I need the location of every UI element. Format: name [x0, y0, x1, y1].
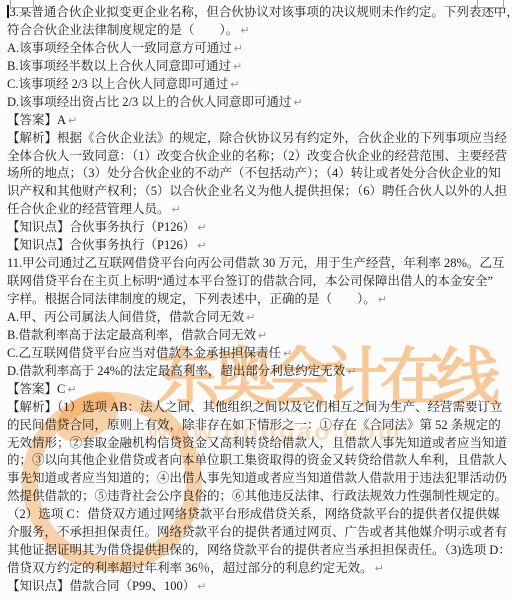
text-cursor [7, 5, 9, 18]
line-q3-analysis[interactable]: 识产权和其他财产权利；（5）以合伙企业名义为他人提供担保；（6）聘任合伙人以外的… [7, 182, 510, 200]
line-q11-knowledge-point[interactable]: 【知识点】借款合同（P99、100）↵ [7, 577, 510, 595]
line-text: 全体合伙人一致同意：（1）改变合伙企业的名称；（2）改变合伙企业的经营范围、主要… [7, 149, 507, 163]
line-q3-option-b[interactable]: B.该事项经半数以上合伙人同意即可通过↵ [7, 57, 510, 75]
line-q11-stem[interactable]: 11.甲公司通过乙互联网借贷平台向丙公司借款 30 万元，用于生产经营，年利率 … [7, 254, 510, 272]
line-q11-analysis[interactable]: 的民间借贷合同，原则上有效，除非存在如下情形之一：①存在《合同法》第 52 条规… [7, 416, 510, 434]
line-q11-option-b[interactable]: B.借款利率高于法定最高利率，借款合同无效↵ [7, 326, 510, 344]
paragraph-mark-icon: ↵ [378, 293, 387, 306]
line-text: 任合伙企业的经营管理人员。 [7, 202, 170, 216]
line-text: 识产权和其他财产权利；（5）以合伙企业名义为他人提供担保；（6）聘任合伙人以外的… [7, 184, 507, 198]
line-q3-option-a[interactable]: A.该事项经全体合伙人一致同意方可通过↵ [7, 39, 510, 57]
line-text: 然提供借款的；⑤违背社会公序良俗的；⑥其他违反法律、行政法规效力性强制性规定的。 [7, 489, 507, 503]
paragraph-mark-icon: ↵ [258, 329, 267, 342]
line-text: 【答案】A [7, 113, 66, 127]
line-q3-knowledge-point[interactable]: 【知识点】合伙事务执行（P126）↵ [7, 218, 510, 236]
paragraph-mark-icon: ↵ [509, 490, 510, 503]
line-text: A.甲、丙公司属法人间借贷，借款合同无效 [7, 310, 244, 324]
line-q11-analysis[interactable]: 其他证据证明其为借贷提供担保的，网络贷款平台的提供者应当承担担保责任。（3)选项… [7, 541, 510, 559]
line-q3-analysis[interactable]: 任合伙企业的经营管理人员。↵ [7, 200, 510, 218]
paragraph-mark-icon: ↵ [347, 365, 356, 378]
paragraph-mark-icon: ↵ [234, 42, 243, 55]
line-text: 【知识点】合伙事务执行（P126） [7, 220, 195, 234]
line-q11-analysis[interactable]: 借贷双方约定的利率超过年利率 36％，超过部分的利息约定无效。↵ [7, 559, 510, 577]
line-text: A.该事项经全体合伙人一致同意方可通过 [7, 41, 232, 55]
line-text: C.乙互联网借贷平台应当对借款本金承担担保责任 [7, 346, 281, 360]
paragraph-mark-icon: ↵ [197, 239, 206, 252]
line-text: 无效情形；②套取金融机构信贷资金又高利转贷给借款人，且借款人事先知道或者应当知道 [7, 436, 507, 450]
paragraph-mark-icon: ↵ [283, 347, 292, 360]
document-body[interactable]: 3.某普通合伙企业拟变更企业名称，但合伙协议对该事项的决议规则未作约定。下列表述… [0, 0, 512, 595]
line-text: B.该事项经半数以上合伙人同意即可通过 [7, 59, 231, 73]
line-q11-option-a[interactable]: A.甲、丙公司属法人间借贷，借款合同无效↵ [7, 308, 510, 326]
line-text: 联网借贷平台在主页上标明“通过本平台签订的借款合同，本公司保障出借人的本金安全” [7, 274, 493, 288]
line-q11-analysis[interactable]: 无效情形；②套取金融机构信贷资金又高利转贷给借款人，且借款人事先知道或者应当知道 [7, 434, 510, 452]
line-text: 11.甲公司通过乙互联网借贷平台向丙公司借款 30 万元，用于生产经营，年利率 … [7, 256, 504, 270]
line-q11-stem[interactable]: 联网借贷平台在主页上标明“通过本平台签订的借款合同，本公司保障出借人的本金安全” [7, 272, 510, 290]
line-q11-analysis[interactable]: 然提供借款的；⑤违背社会公序良俗的；⑥其他违反法律、行政法规效力性强制性规定的。… [7, 487, 510, 505]
line-q3-knowledge-point[interactable]: 【知识点】合伙事务执行（P126）↵ [7, 236, 510, 254]
line-q3-analysis[interactable]: 【解析】根据《合伙企业法》的规定，除合伙协议另有约定外，合伙企业的下列事项应当经 [7, 129, 510, 147]
line-text: B.借款利率高于法定最高利率，借款合同无效 [7, 328, 256, 342]
line-q11-option-c[interactable]: C.乙互联网借贷平台应当对借款本金承担担保责任↵ [7, 344, 510, 362]
line-text: C.该事项经 2/3 以上合伙人同意即可通过 [7, 77, 228, 91]
line-q3-stem[interactable]: 符合合伙企业法律制度规定的是（ ）。↵ [7, 21, 510, 39]
line-q11-option-d[interactable]: D.借款利率高于 24%的法定最高利率，超出部分利息约定无效↵ [7, 362, 510, 380]
line-q3-stem[interactable]: 3.某普通合伙企业拟变更企业名称，但合伙协议对该事项的决议规则未作约定。下列表述… [7, 3, 510, 21]
line-text: 符合合伙企业法律制度规定的是（ ）。 [7, 23, 238, 37]
line-text: 【解析】根据《合伙企业法》的规定，除合伙协议另有约定外，合伙企业的下列事项应当经 [7, 131, 507, 145]
line-q3-option-d[interactable]: D.该事项经出资占比 2/3 以上的合伙人同意即可通过↵ [7, 93, 510, 111]
line-q3-option-c[interactable]: C.该事项经 2/3 以上合伙人同意即可通过↵ [7, 75, 510, 93]
paragraph-mark-icon: ↵ [246, 311, 255, 324]
line-text: （2）选项 C：借贷双方通过网络贷款平台形成借贷关系，网络贷款平台的提供者仅提供… [7, 507, 500, 521]
line-text: 字样。根据合同法律制度的规定，下列表述中，正确的是（ ）。 [7, 292, 376, 306]
line-q3-answer[interactable]: 【答案】A↵ [7, 111, 510, 129]
line-text: 的民间借贷合同，原则上有效，除非存在如下情形之一：①存在《合同法》第 52 条规… [7, 418, 501, 432]
line-text: 【解析】（1）选项 AB：法人之间、其他组织之间以及它们相互之间为生产、经营需要… [7, 400, 503, 414]
paragraph-mark-icon: ↵ [68, 114, 77, 127]
line-text: D.借款利率高于 24%的法定最高利率，超出部分利息约定无效 [7, 364, 345, 378]
line-text: 事先知道或者应当知道的；④出借人事先知道或者应当知道借款人借款用于违法犯罪活动仍 [7, 471, 507, 485]
line-text: 的；③以向其他企业借贷或者向本单位职工集资取得的资金又转贷给借款人牟利，且借款人 [7, 453, 507, 467]
line-q11-answer[interactable]: 【答案】C↵ [7, 380, 510, 398]
paragraph-mark-icon: ↵ [172, 203, 181, 216]
line-q3-analysis[interactable]: 场所的地点；（3）处分合伙企业的不动产（不包括动产）；（4）转让或者处分合伙企业… [7, 164, 510, 182]
paragraph-mark-icon: ↵ [240, 24, 249, 37]
line-q11-analysis[interactable]: 介服务，不承担担保责任。网络贷款平台的提供者通过网页、广告或者其他媒介明示或者有 [7, 523, 510, 541]
paragraph-mark-icon: ↵ [197, 580, 206, 593]
line-text: 3.某普通合伙企业拟变更企业名称，但合伙协议对该事项的决议规则未作约定。下列表述… [10, 5, 511, 19]
line-q11-analysis[interactable]: 的；③以向其他企业借贷或者向本单位职工集资取得的资金又转贷给借款人牟利，且借款人 [7, 451, 510, 469]
paragraph-mark-icon: ↵ [230, 78, 239, 91]
line-text: 其他证据证明其为借贷提供担保的，网络贷款平台的提供者应当承担担保责任。（3)选项… [7, 543, 510, 557]
document-page: 东奥会计在线 www.dongao.com 3.某普通合伙企业拟变更企业名称，但… [0, 0, 512, 600]
paragraph-mark-icon: ↵ [233, 60, 242, 73]
paragraph-mark-icon: ↵ [293, 96, 302, 109]
line-q11-analysis[interactable]: 事先知道或者应当知道的；④出借人事先知道或者应当知道借款人借款用于违法犯罪活动仍 [7, 469, 510, 487]
paragraph-mark-icon: ↵ [67, 383, 76, 396]
line-text: 场所的地点；（3）处分合伙企业的不动产（不包括动产）；（4）转让或者处分合伙企业… [7, 166, 501, 180]
line-text: D.该事项经出资占比 2/3 以上的合伙人同意即可通过 [7, 95, 291, 109]
table-cell-fragment-right [477, 0, 504, 8]
line-text: 【知识点】借款合同（P99、100） [7, 579, 195, 593]
line-text: 借贷双方约定的利率超过年利率 36％，超过部分的利息约定无效。 [7, 561, 373, 575]
line-q11-analysis[interactable]: 【解析】（1）选项 AB：法人之间、其他组织之间以及它们相互之间为生产、经营需要… [7, 398, 510, 416]
line-q3-analysis[interactable]: 全体合伙人一致同意：（1）改变合伙企业的名称；（2）改变合伙企业的经营范围、主要… [7, 147, 510, 165]
paragraph-mark-icon: ↵ [197, 221, 206, 234]
line-q11-stem[interactable]: 字样。根据合同法律制度的规定，下列表述中，正确的是（ ）。↵ [7, 290, 510, 308]
line-text: 【知识点】合伙事务执行（P126） [7, 238, 195, 252]
table-cell-fragment-left [10, 0, 34, 8]
line-q11-analysis[interactable]: （2）选项 C：借贷双方通过网络贷款平台形成借贷关系，网络贷款平台的提供者仅提供… [7, 505, 510, 523]
line-text: 【答案】C [7, 382, 65, 396]
paragraph-mark-icon: ↵ [375, 562, 384, 575]
line-text: 介服务，不承担担保责任。网络贷款平台的提供者通过网页、广告或者其他媒介明示或者有 [7, 525, 507, 539]
